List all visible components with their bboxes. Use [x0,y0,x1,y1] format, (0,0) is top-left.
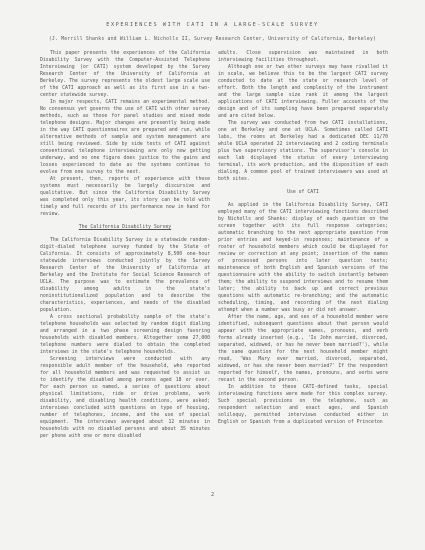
two-column-body: This paper presents the experiences of t… [40,50,388,440]
section-heading-california-disability-survey: The California Disability Survey [40,225,210,230]
paper-byline: (J. Merrill Shanks and William L. Nichol… [0,37,425,42]
paragraph-largest-cati-survey: Although one or two other surveys may ha… [218,64,388,120]
paragraph-cati-functions: As applied in the California Disability … [218,202,388,314]
page-number: 2 [0,492,425,498]
right-column: adults. Close supervision was maintained… [218,50,388,440]
section-heading-use-of-cati: Use of CATI [218,190,388,195]
paragraph-cati-experimental: In major respects, CATI remains an exper… [40,99,210,176]
paragraph-sample-design: A cross sectional probability sample of … [40,314,210,356]
left-column: This paper presents the experiences of t… [40,50,210,440]
paragraph-survey-description: The California Disability Survey is a st… [40,237,210,314]
paragraph-two-installations: The survey was conducted from two CATI i… [218,120,388,183]
paragraph-screening-interviews: Screening interviews were conducted with… [40,356,210,440]
paragraph-name-insertion-example: After the name, age, and sex of a househ… [218,314,388,384]
paragraph-special-functions: In addition to these CATI-defined tasks,… [218,384,388,426]
paragraph-intro: This paper presents the experiences of t… [40,50,210,99]
paragraph-continuation: adults. Close supervision was maintained… [218,50,388,64]
section-heading-text: The California Disability Survey [79,225,171,230]
paper-title: EXPERIENCES WITH CATI IN A LARGE-SCALE S… [0,22,425,28]
scanned-paper-page: EXPERIENCES WITH CATI IN A LARGE-SCALE S… [0,0,425,550]
paragraph-reports-qualitative: At present, then, reports of experience … [40,176,210,218]
section-heading-text: Use of CATI [287,190,319,195]
